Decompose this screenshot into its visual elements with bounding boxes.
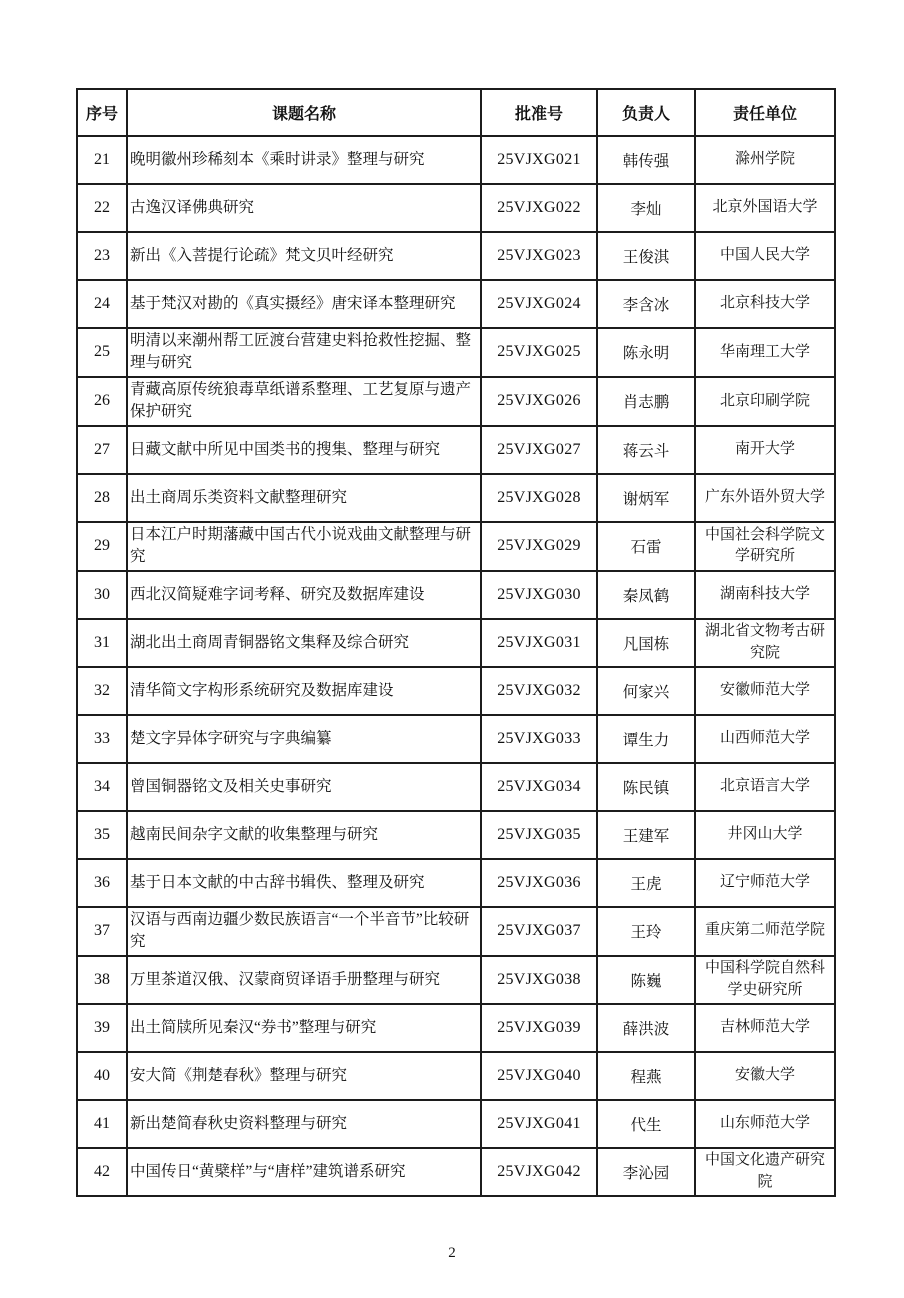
cell-leader-name: 肖志鹏: [597, 377, 695, 426]
table-header: 序号 课题名称 批准号 负责人 责任单位: [77, 89, 835, 136]
cell-responsible-unit: 北京语言大学: [695, 763, 835, 811]
cell-serial-number: 36: [77, 859, 127, 907]
table-row: 41 新出楚简春秋史资料整理与研究 25VJXG041 代生 山东师范大学: [77, 1100, 835, 1148]
cell-responsible-unit: 安徽大学: [695, 1052, 835, 1100]
page-number: 2: [0, 1245, 904, 1262]
cell-leader-name: 王玲: [597, 907, 695, 956]
col-header-no: 序号: [77, 89, 127, 136]
cell-grant-number: 25VJXG041: [481, 1100, 597, 1148]
cell-project-title: 曾国铜器铭文及相关史事研究: [127, 763, 481, 811]
table-row: 36 基于日本文献的中古辞书辑佚、整理及研究 25VJXG036 王虎 辽宁师范…: [77, 859, 835, 907]
table-row: 24 基于梵汉对勘的《真实摄经》唐宋译本整理研究 25VJXG024 李含冰 北…: [77, 280, 835, 328]
cell-serial-number: 26: [77, 377, 127, 426]
cell-grant-number: 25VJXG028: [481, 474, 597, 522]
cell-leader-name: 谭生力: [597, 715, 695, 763]
cell-project-title: 青藏高原传统狼毒草纸谱系整理、工艺复原与遗产保护研究: [127, 377, 481, 426]
cell-responsible-unit: 安徽师范大学: [695, 667, 835, 715]
cell-serial-number: 25: [77, 328, 127, 377]
cell-project-title: 新出《入菩提行论疏》梵文贝叶经研究: [127, 232, 481, 280]
cell-leader-name: 王俊淇: [597, 232, 695, 280]
table-row: 29 日本江户时期藩藏中国古代小说戏曲文献整理与研究 25VJXG029 石雷 …: [77, 522, 835, 571]
cell-grant-number: 25VJXG033: [481, 715, 597, 763]
table-row: 25 明清以来潮州帮工匠渡台营建史料抢救性挖掘、整理与研究 25VJXG025 …: [77, 328, 835, 377]
cell-grant-number: 25VJXG024: [481, 280, 597, 328]
cell-serial-number: 39: [77, 1004, 127, 1052]
cell-leader-name: 凡国栋: [597, 619, 695, 667]
cell-leader-name: 蒋云斗: [597, 426, 695, 474]
cell-leader-name: 何家兴: [597, 667, 695, 715]
table-row: 37 汉语与西南边疆少数民族语言“一个半音节”比较研究 25VJXG037 王玲…: [77, 907, 835, 956]
cell-leader-name: 李沁园: [597, 1148, 695, 1196]
cell-serial-number: 31: [77, 619, 127, 667]
cell-grant-number: 25VJXG021: [481, 136, 597, 184]
cell-project-title: 古逸汉译佛典研究: [127, 184, 481, 232]
cell-serial-number: 37: [77, 907, 127, 956]
cell-grant-number: 25VJXG026: [481, 377, 597, 426]
cell-responsible-unit: 中国社会科学院文学研究所: [695, 522, 835, 571]
cell-leader-name: 陈民镇: [597, 763, 695, 811]
cell-serial-number: 40: [77, 1052, 127, 1100]
cell-serial-number: 38: [77, 956, 127, 1004]
table-row: 34 曾国铜器铭文及相关史事研究 25VJXG034 陈民镇 北京语言大学: [77, 763, 835, 811]
cell-grant-number: 25VJXG022: [481, 184, 597, 232]
cell-serial-number: 30: [77, 571, 127, 619]
cell-responsible-unit: 南开大学: [695, 426, 835, 474]
cell-responsible-unit: 井冈山大学: [695, 811, 835, 859]
cell-grant-number: 25VJXG032: [481, 667, 597, 715]
table-body: 21 晚明徽州珍稀刻本《乘时讲录》整理与研究 25VJXG021 韩传强 滁州学…: [77, 136, 835, 1196]
cell-grant-number: 25VJXG042: [481, 1148, 597, 1196]
cell-grant-number: 25VJXG029: [481, 522, 597, 571]
cell-grant-number: 25VJXG031: [481, 619, 597, 667]
cell-responsible-unit: 山东师范大学: [695, 1100, 835, 1148]
document-page: 序号 课题名称 批准号 负责人 责任单位 21 晚明徽州珍稀刻本《乘时讲录》整理…: [0, 0, 904, 1298]
cell-project-title: 安大简《荆楚春秋》整理与研究: [127, 1052, 481, 1100]
cell-serial-number: 23: [77, 232, 127, 280]
table-row: 38 万里茶道汉俄、汉蒙商贸译语手册整理与研究 25VJXG038 陈巍 中国科…: [77, 956, 835, 1004]
col-header-grant: 批准号: [481, 89, 597, 136]
cell-serial-number: 32: [77, 667, 127, 715]
cell-leader-name: 李含冰: [597, 280, 695, 328]
cell-grant-number: 25VJXG034: [481, 763, 597, 811]
table-row: 27 日藏文献中所见中国类书的搜集、整理与研究 25VJXG027 蒋云斗 南开…: [77, 426, 835, 474]
table-row: 23 新出《入菩提行论疏》梵文贝叶经研究 25VJXG023 王俊淇 中国人民大…: [77, 232, 835, 280]
table-row: 40 安大简《荆楚春秋》整理与研究 25VJXG040 程燕 安徽大学: [77, 1052, 835, 1100]
cell-leader-name: 谢炳军: [597, 474, 695, 522]
cell-leader-name: 程燕: [597, 1052, 695, 1100]
cell-leader-name: 李灿: [597, 184, 695, 232]
cell-grant-number: 25VJXG036: [481, 859, 597, 907]
cell-leader-name: 王建军: [597, 811, 695, 859]
table-row: 35 越南民间杂字文献的收集整理与研究 25VJXG035 王建军 井冈山大学: [77, 811, 835, 859]
cell-grant-number: 25VJXG023: [481, 232, 597, 280]
cell-responsible-unit: 辽宁师范大学: [695, 859, 835, 907]
cell-project-title: 新出楚简春秋史资料整理与研究: [127, 1100, 481, 1148]
cell-responsible-unit: 北京印刷学院: [695, 377, 835, 426]
table-row: 30 西北汉简疑难字词考释、研究及数据库建设 25VJXG030 秦凤鹤 湖南科…: [77, 571, 835, 619]
cell-serial-number: 27: [77, 426, 127, 474]
cell-serial-number: 41: [77, 1100, 127, 1148]
cell-responsible-unit: 山西师范大学: [695, 715, 835, 763]
cell-serial-number: 28: [77, 474, 127, 522]
cell-responsible-unit: 华南理工大学: [695, 328, 835, 377]
cell-project-title: 西北汉简疑难字词考释、研究及数据库建设: [127, 571, 481, 619]
table-row: 31 湖北出土商周青铜器铭文集释及综合研究 25VJXG031 凡国栋 湖北省文…: [77, 619, 835, 667]
cell-responsible-unit: 北京外国语大学: [695, 184, 835, 232]
cell-serial-number: 24: [77, 280, 127, 328]
cell-responsible-unit: 中国文化遗产研究院: [695, 1148, 835, 1196]
cell-grant-number: 25VJXG039: [481, 1004, 597, 1052]
cell-project-title: 楚文字异体字研究与字典编纂: [127, 715, 481, 763]
table-row: 21 晚明徽州珍稀刻本《乘时讲录》整理与研究 25VJXG021 韩传强 滁州学…: [77, 136, 835, 184]
cell-project-title: 日藏文献中所见中国类书的搜集、整理与研究: [127, 426, 481, 474]
cell-grant-number: 25VJXG038: [481, 956, 597, 1004]
cell-responsible-unit: 中国科学院自然科学史研究所: [695, 956, 835, 1004]
table-row: 39 出土简牍所见秦汉“券书”整理与研究 25VJXG039 薛洪波 吉林师范大…: [77, 1004, 835, 1052]
header-row: 序号 课题名称 批准号 负责人 责任单位: [77, 89, 835, 136]
table-row: 22 古逸汉译佛典研究 25VJXG022 李灿 北京外国语大学: [77, 184, 835, 232]
cell-serial-number: 21: [77, 136, 127, 184]
cell-project-title: 湖北出土商周青铜器铭文集释及综合研究: [127, 619, 481, 667]
cell-project-title: 万里茶道汉俄、汉蒙商贸译语手册整理与研究: [127, 956, 481, 1004]
cell-leader-name: 秦凤鹤: [597, 571, 695, 619]
cell-grant-number: 25VJXG025: [481, 328, 597, 377]
cell-project-title: 日本江户时期藩藏中国古代小说戏曲文献整理与研究: [127, 522, 481, 571]
cell-project-title: 中国传日“黄檗样”与“唐样”建筑谱系研究: [127, 1148, 481, 1196]
table-row: 28 出土商周乐类资料文献整理研究 25VJXG028 谢炳军 广东外语外贸大学: [77, 474, 835, 522]
cell-responsible-unit: 湖北省文物考古研究院: [695, 619, 835, 667]
cell-leader-name: 陈永明: [597, 328, 695, 377]
cell-leader-name: 薛洪波: [597, 1004, 695, 1052]
projects-table: 序号 课题名称 批准号 负责人 责任单位 21 晚明徽州珍稀刻本《乘时讲录》整理…: [76, 88, 836, 1197]
cell-responsible-unit: 湖南科技大学: [695, 571, 835, 619]
cell-responsible-unit: 重庆第二师范学院: [695, 907, 835, 956]
cell-responsible-unit: 广东外语外贸大学: [695, 474, 835, 522]
col-header-title: 课题名称: [127, 89, 481, 136]
cell-leader-name: 韩传强: [597, 136, 695, 184]
cell-project-title: 晚明徽州珍稀刻本《乘时讲录》整理与研究: [127, 136, 481, 184]
cell-responsible-unit: 北京科技大学: [695, 280, 835, 328]
cell-responsible-unit: 中国人民大学: [695, 232, 835, 280]
cell-project-title: 越南民间杂字文献的收集整理与研究: [127, 811, 481, 859]
cell-grant-number: 25VJXG030: [481, 571, 597, 619]
cell-grant-number: 25VJXG040: [481, 1052, 597, 1100]
cell-leader-name: 陈巍: [597, 956, 695, 1004]
table-row: 26 青藏高原传统狼毒草纸谱系整理、工艺复原与遗产保护研究 25VJXG026 …: [77, 377, 835, 426]
table-row: 33 楚文字异体字研究与字典编纂 25VJXG033 谭生力 山西师范大学: [77, 715, 835, 763]
table-row: 32 清华简文字构形系统研究及数据库建设 25VJXG032 何家兴 安徽师范大…: [77, 667, 835, 715]
cell-serial-number: 33: [77, 715, 127, 763]
cell-project-title: 出土简牍所见秦汉“券书”整理与研究: [127, 1004, 481, 1052]
cell-serial-number: 22: [77, 184, 127, 232]
cell-grant-number: 25VJXG037: [481, 907, 597, 956]
cell-serial-number: 34: [77, 763, 127, 811]
cell-project-title: 基于梵汉对勘的《真实摄经》唐宋译本整理研究: [127, 280, 481, 328]
cell-leader-name: 石雷: [597, 522, 695, 571]
cell-serial-number: 35: [77, 811, 127, 859]
cell-project-title: 清华简文字构形系统研究及数据库建设: [127, 667, 481, 715]
cell-project-title: 基于日本文献的中古辞书辑佚、整理及研究: [127, 859, 481, 907]
table-row: 42 中国传日“黄檗样”与“唐样”建筑谱系研究 25VJXG042 李沁园 中国…: [77, 1148, 835, 1196]
col-header-unit: 责任单位: [695, 89, 835, 136]
cell-project-title: 出土商周乐类资料文献整理研究: [127, 474, 481, 522]
cell-grant-number: 25VJXG027: [481, 426, 597, 474]
cell-leader-name: 代生: [597, 1100, 695, 1148]
cell-leader-name: 王虎: [597, 859, 695, 907]
cell-grant-number: 25VJXG035: [481, 811, 597, 859]
cell-responsible-unit: 滁州学院: [695, 136, 835, 184]
cell-project-title: 汉语与西南边疆少数民族语言“一个半音节”比较研究: [127, 907, 481, 956]
cell-serial-number: 29: [77, 522, 127, 571]
col-header-leader: 负责人: [597, 89, 695, 136]
cell-project-title: 明清以来潮州帮工匠渡台营建史料抢救性挖掘、整理与研究: [127, 328, 481, 377]
cell-serial-number: 42: [77, 1148, 127, 1196]
cell-responsible-unit: 吉林师范大学: [695, 1004, 835, 1052]
